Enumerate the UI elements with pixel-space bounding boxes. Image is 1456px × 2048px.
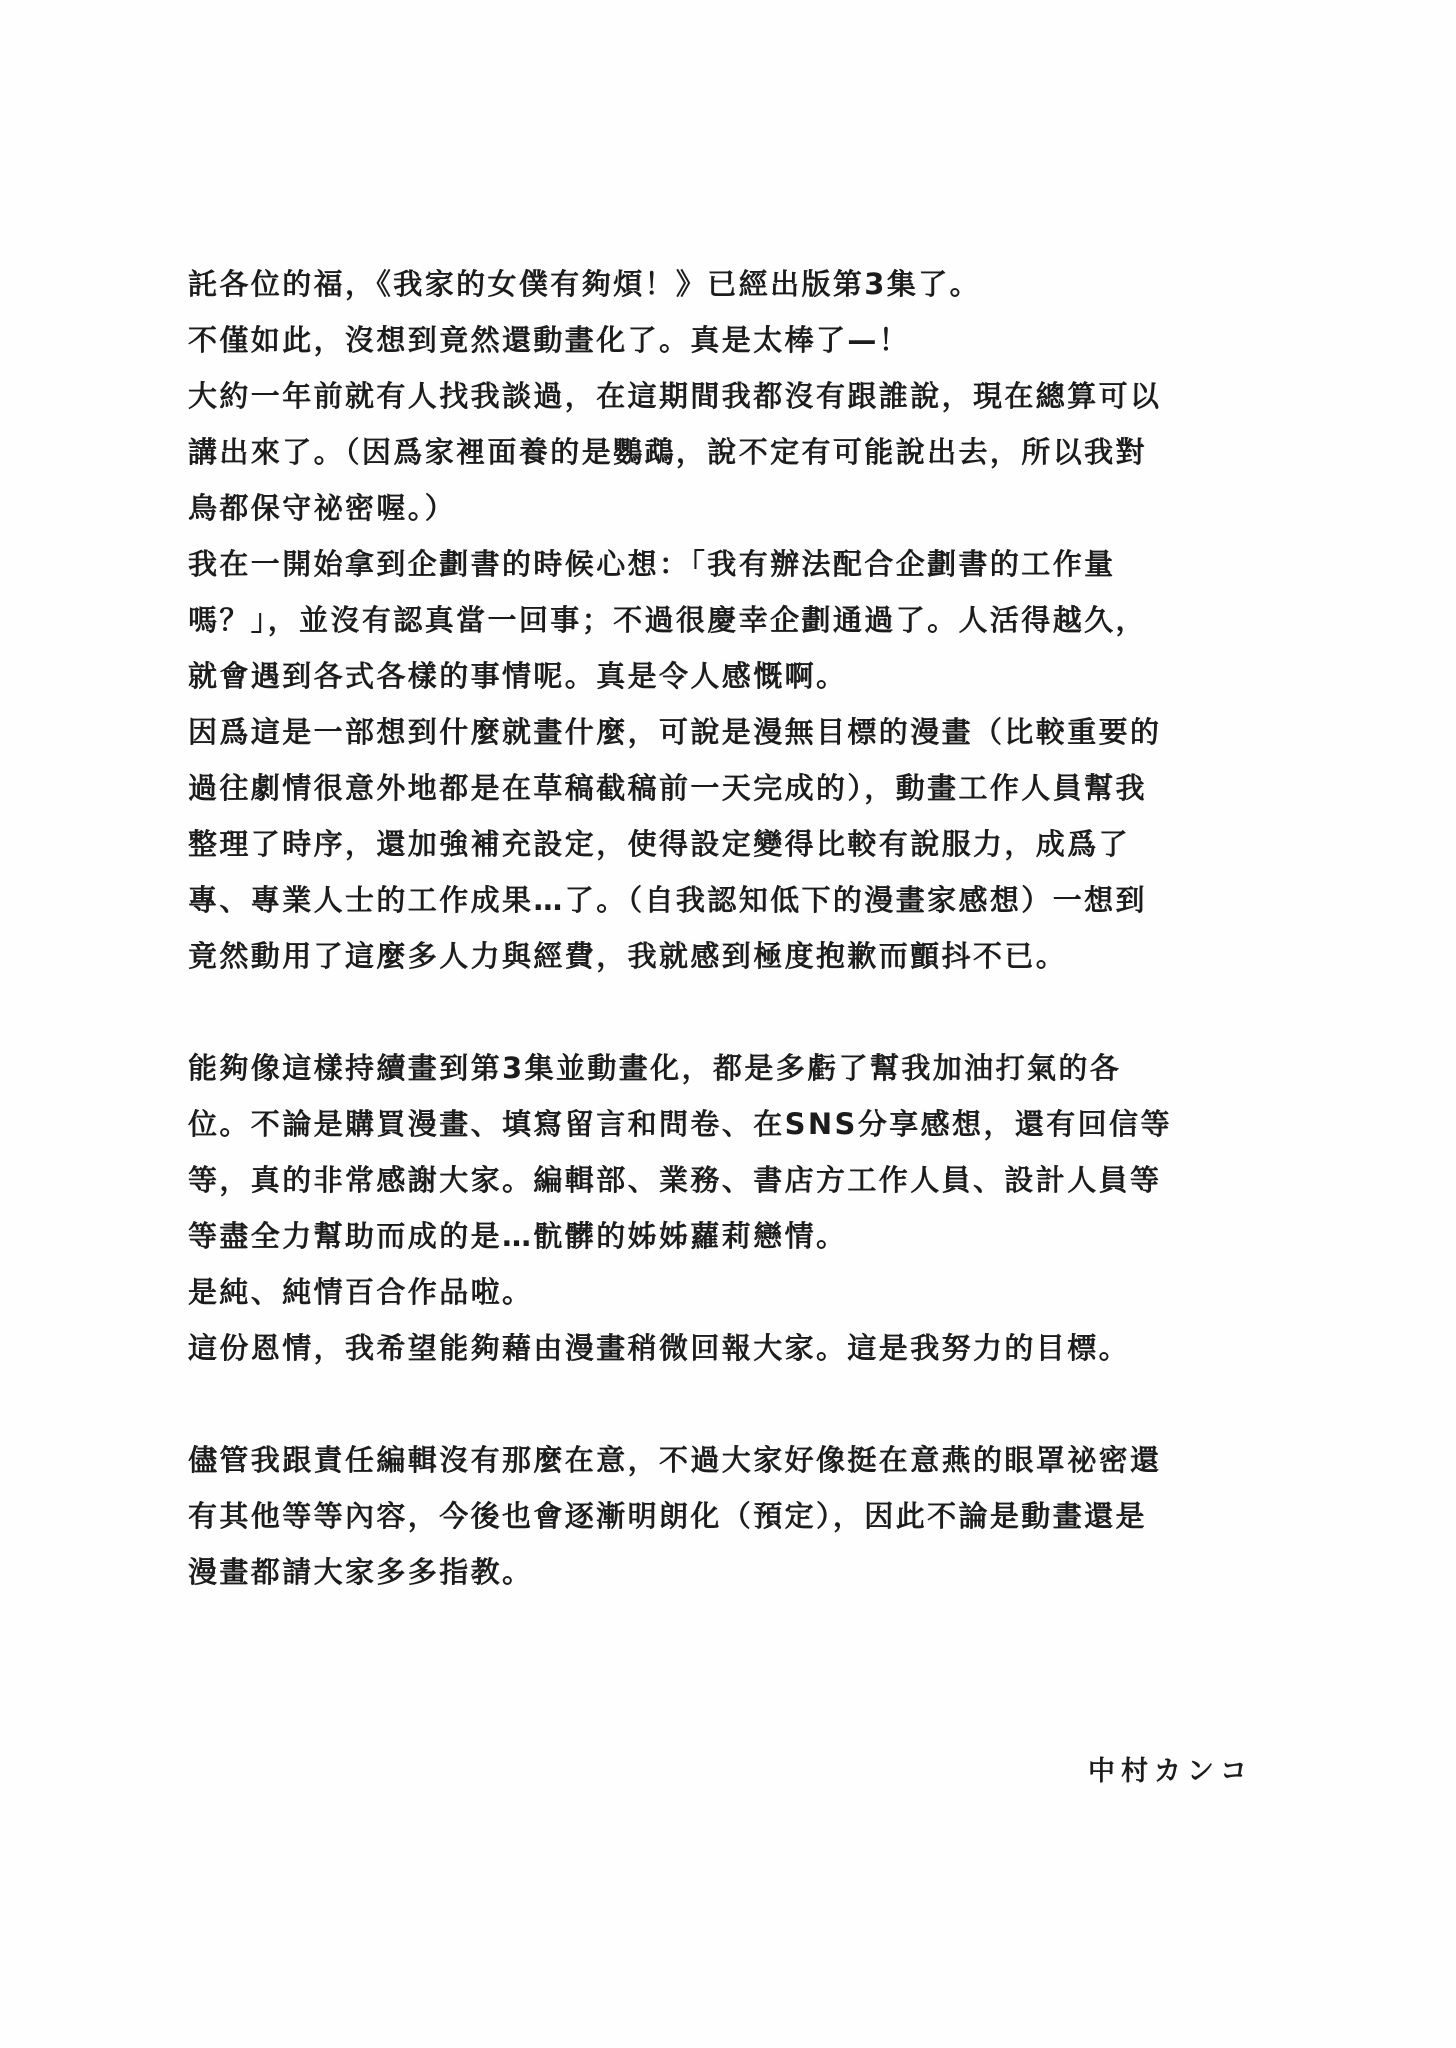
- text-line: 是純、純情百合作品啦。: [188, 1264, 1288, 1320]
- afterword-body: 託各位的福，《我家的女僕有夠煩！》已經出版第3集了。 不僅如此，沒想到竟然還動畫…: [188, 256, 1288, 1600]
- paragraph-2: 能夠像這樣持續畫到第3集並動畫化，都是多虧了幫我加油打氣的各 位。不論是購買漫畫…: [188, 1040, 1288, 1376]
- text-line: 不僅如此，沒想到竟然還動畫化了。真是太棒了—！: [188, 312, 1288, 368]
- text-line: 有其他等等內容，今後也會逐漸明朗化（預定），因此不論是動畫還是: [188, 1488, 1288, 1544]
- text-line: 這份恩情，我希望能夠藉由漫畫稍微回報大家。這是我努力的目標。: [188, 1320, 1288, 1376]
- text-line: 等，真的非常感謝大家。編輯部、業務、書店方工作人員、設計人員等: [188, 1152, 1288, 1208]
- author-signature: 中村カンコ: [1088, 1752, 1253, 1792]
- text-line: 過往劇情很意外地都是在草稿截稿前一天完成的），動畫工作人員幫我: [188, 760, 1288, 816]
- text-line: 我在一開始拿到企劃書的時候心想：「我有辦法配合企劃書的工作量: [188, 536, 1288, 592]
- text-line: 專、專業人士的工作成果…了。（自我認知低下的漫畫家感想）一想到: [188, 872, 1288, 928]
- paragraph-gap: [188, 1376, 1288, 1432]
- text-line: 整理了時序，還加強補充設定，使得設定變得比較有說服力，成爲了: [188, 816, 1288, 872]
- paragraph-gap: [188, 984, 1288, 1040]
- text-line: 位。不論是購買漫畫、填寫留言和問卷、在SNS分享感想，還有回信等: [188, 1096, 1288, 1152]
- text-line: 嗎？」，並沒有認真當一回事；不過很慶幸企劃通過了。人活得越久，: [188, 592, 1288, 648]
- text-line: 大約一年前就有人找我談過，在這期間我都沒有跟誰說，現在總算可以: [188, 368, 1288, 424]
- text-line: 儘管我跟責任編輯沒有那麼在意，不過大家好像挺在意燕的眼罩祕密還: [188, 1432, 1288, 1488]
- text-line: 鳥都保守祕密喔。）: [188, 480, 1288, 536]
- text-line: 因爲這是一部想到什麼就畫什麼，可說是漫無目標的漫畫（比較重要的: [188, 704, 1288, 760]
- text-line: 講出來了。（因爲家裡面養的是鸚鵡，說不定有可能說出去，所以我對: [188, 424, 1288, 480]
- document-page: 託各位的福，《我家的女僕有夠煩！》已經出版第3集了。 不僅如此，沒想到竟然還動畫…: [0, 0, 1456, 2048]
- text-line: 竟然動用了這麼多人力與經費，我就感到極度抱歉而顫抖不已。: [188, 928, 1288, 984]
- text-line: 等盡全力幫助而成的是…骯髒的姊姊蘿莉戀情。: [188, 1208, 1288, 1264]
- text-line: 託各位的福，《我家的女僕有夠煩！》已經出版第3集了。: [188, 256, 1288, 312]
- text-line: 漫畫都請大家多多指教。: [188, 1544, 1288, 1600]
- text-line: 就會遇到各式各樣的事情呢。真是令人感慨啊。: [188, 648, 1288, 704]
- paragraph-1: 託各位的福，《我家的女僕有夠煩！》已經出版第3集了。 不僅如此，沒想到竟然還動畫…: [188, 256, 1288, 984]
- text-line: 能夠像這樣持續畫到第3集並動畫化，都是多虧了幫我加油打氣的各: [188, 1040, 1288, 1096]
- paragraph-3: 儘管我跟責任編輯沒有那麼在意，不過大家好像挺在意燕的眼罩祕密還 有其他等等內容，…: [188, 1432, 1288, 1600]
